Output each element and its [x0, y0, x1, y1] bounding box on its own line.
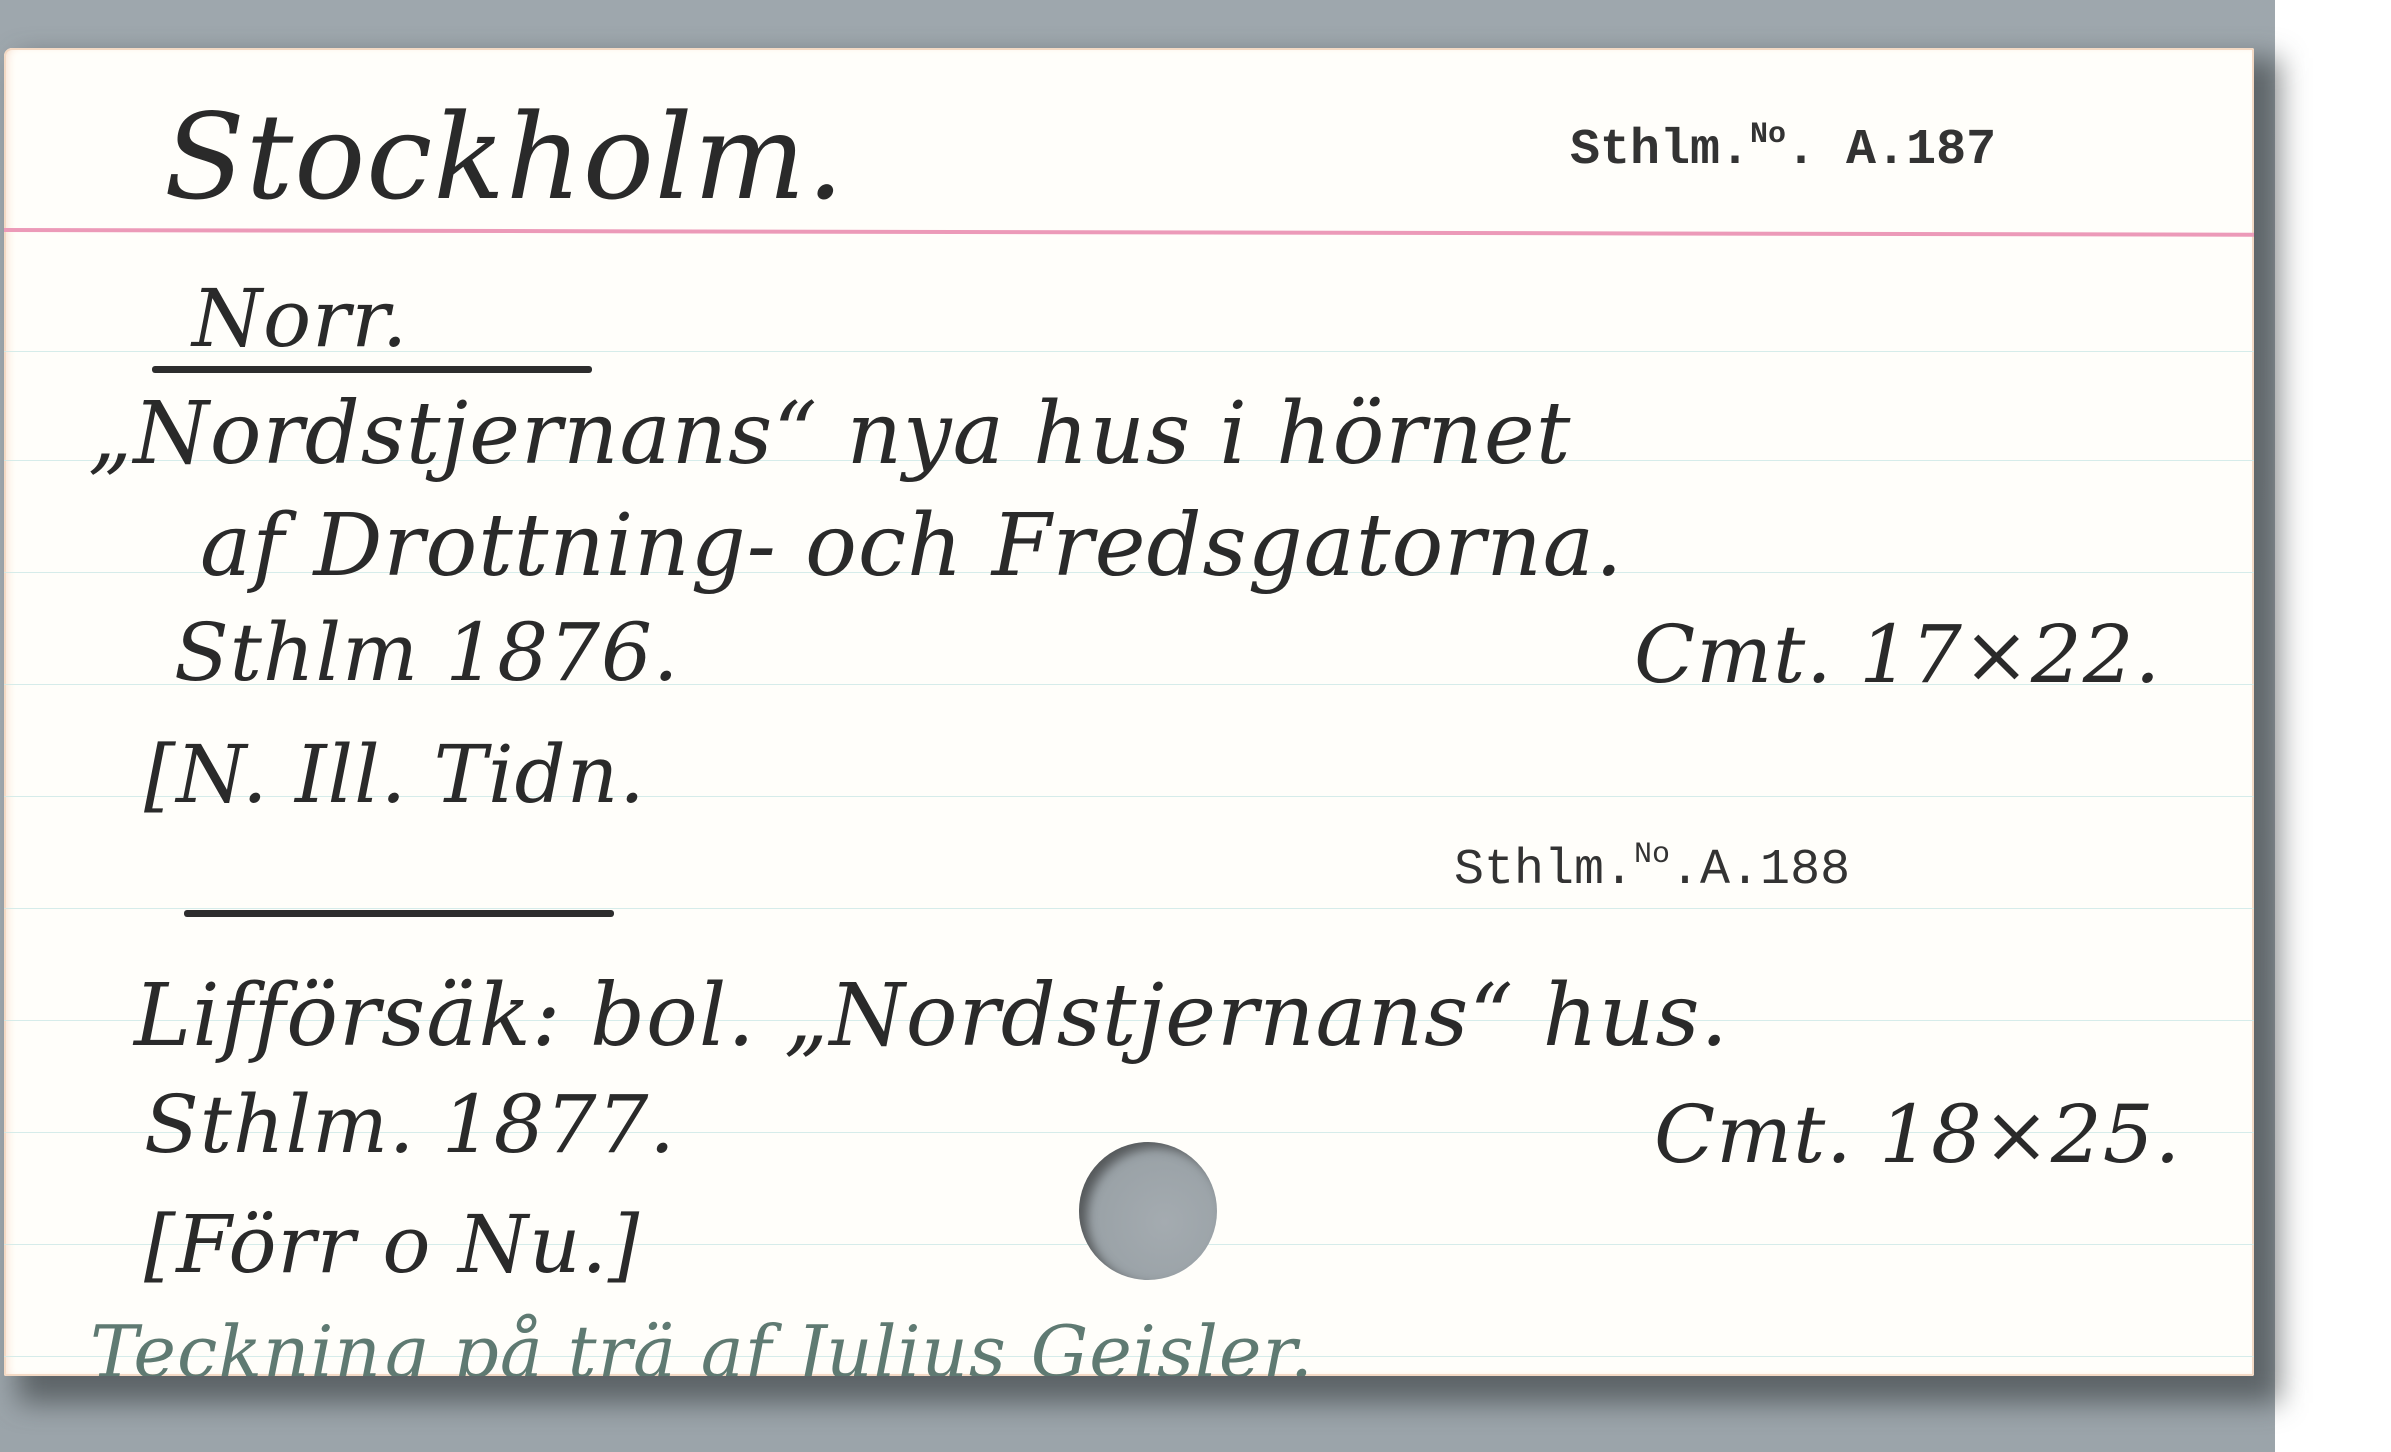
catalogue-number-prefix: Sthlm. [1570, 122, 1750, 179]
catalogue-card: Stockholm. Sthlm.No. A.187 Norr. „Nordst… [4, 48, 2254, 1376]
entry-2-size: Cmt. 18×25. [1654, 1088, 2181, 1181]
entry-2-title: Lifförsäk: bol. „Nordstjernans“ hus. [134, 966, 1729, 1066]
catalogue-number-no: No [1634, 838, 1670, 872]
catalogue-number: Sthlm.No.A.188 [1454, 838, 1850, 899]
entry-1-title-line-1: „Nordstjernans“ nya hus i hörnet [88, 384, 1571, 484]
entry-separator [184, 910, 614, 917]
header-rule [4, 228, 2254, 237]
section-underline [152, 366, 592, 373]
entry-2-source: [Förr o Nu.] [144, 1198, 640, 1291]
catalogue-number-prefix: Sthlm. [1454, 842, 1634, 899]
catalogue-number: Sthlm.No. A.187 [1570, 118, 1996, 179]
entry-1-title-line-2: af Drottning- och Fredsgatorna. [200, 496, 1623, 596]
punch-hole [1079, 1142, 1217, 1280]
catalogue-number-value: . A.187 [1786, 122, 1996, 179]
catalogue-number-value: .A.188 [1670, 842, 1850, 899]
engraver-note: Teckning på trä af Julius Geisler. [90, 1310, 1314, 1376]
section-heading: Norr. [192, 272, 408, 365]
entry-2-place-year: Sthlm. 1877. [144, 1078, 676, 1171]
ruled-line [4, 908, 2254, 909]
entry-1-source: [N. Ill. Tidn. [144, 728, 646, 821]
entry-1-size: Cmt. 17×22. [1634, 608, 2161, 701]
catalogue-number-no: No [1750, 118, 1786, 152]
card-heading: Stockholm. [164, 88, 845, 226]
entry-1-place-year: Sthlm 1876. [174, 606, 679, 699]
